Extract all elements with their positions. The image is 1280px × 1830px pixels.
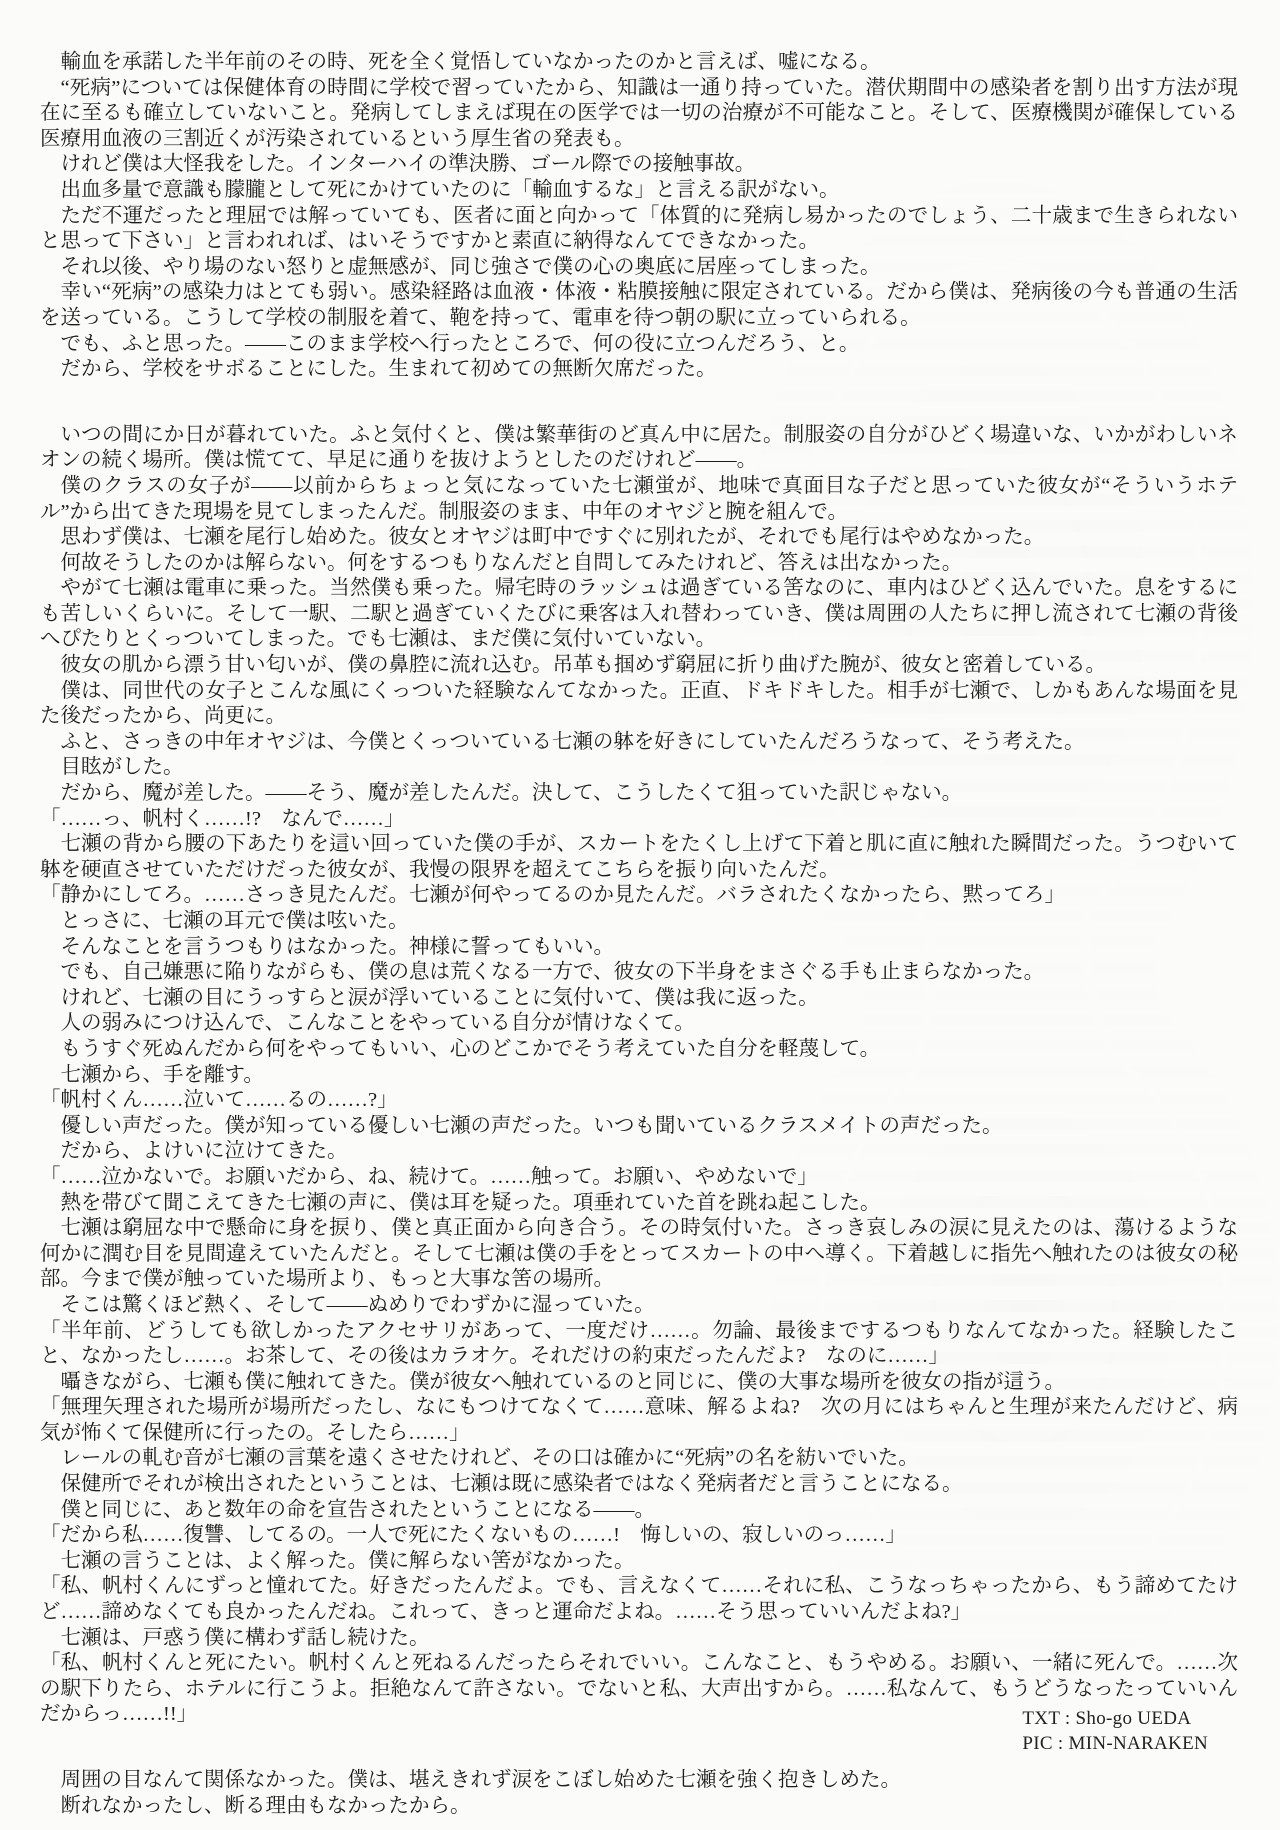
dialogue-paragraph: 「だから私……復讐、してるの。一人で死にたくないもの……! 悔しいの、寂しいのっ…: [40, 1523, 1238, 1549]
narrative-paragraph: 熱を帯びて聞こえてきた七瀬の声に、僕は耳を疑った。項垂れていた首を跳ね起こした。: [40, 1191, 1238, 1217]
narrative-paragraph: 僕と同じに、あと数年の命を宣告されたということになる——。: [40, 1498, 1238, 1524]
narrative-paragraph: そこは驚くほど熱く、そして——ぬめりでわずかに湿っていた。: [40, 1293, 1238, 1319]
narrative-paragraph: けれど僕は大怪我をした。インターハイの準決勝、ゴール際での接触事故。: [40, 152, 1238, 178]
narrative-paragraph: 僕のクラスの女子が——以前からちょっと気になっていた七瀬蛍が、地味で真面目な子だ…: [40, 474, 1238, 525]
narrative-paragraph: 幸い“死病”の感染力はとても弱い。感染経路は血液・体液・粘膜接触に限定されている…: [40, 280, 1238, 331]
narrative-paragraph: それ以後、やり場のない怒りと虚無感が、同じ強さで僕の心の奥底に居座ってしまった。: [40, 255, 1238, 281]
narrative-paragraph: 彼女の肌から漂う甘い匂いが、僕の鼻腔に流れ込む。吊革も掴めず窮屈に折り曲げた腕が…: [40, 653, 1238, 679]
story-text: 輸血を承諾した半年前のその時、死を全く覚悟していなかったのかと言えば、嘘になる。…: [0, 0, 1280, 1819]
dialogue-paragraph: 「……泣かないで。お願いだから、ね、続けて。……触って。お願い、やめないで」: [40, 1165, 1238, 1191]
narrative-paragraph: でも、自己嫌悪に陥りながらも、僕の息は荒くなる一方で、彼女の下半身をまさぐる手も…: [40, 960, 1238, 986]
narrative-paragraph: 七瀬から、手を離す。: [40, 1063, 1238, 1089]
narrative-paragraph: 七瀬の言うことは、よく解った。僕に解らない筈がなかった。: [40, 1549, 1238, 1575]
narrative-paragraph: 囁きながら、七瀬も僕に触れてきた。僕が彼女へ触れているのと同じに、僕の大事な場所…: [40, 1370, 1238, 1396]
narrative-paragraph: 人の弱みにつけ込んで、こんなことをやっている自分が情けなくて。: [40, 1011, 1238, 1037]
narrative-paragraph: だから、魔が差した。——そう、魔が差したんだ。決して、こうしたくて狙っていた訳じ…: [40, 781, 1238, 807]
narrative-paragraph: 出血多量で意識も朦朧として死にかけていたのに「輸血するな」と言える訳がない。: [40, 178, 1238, 204]
narrative-paragraph: だから、学校をサボることにした。生まれて初めての無断欠席だった。: [40, 357, 1238, 383]
credit-pic: PIC : MIN-NARAKEN: [1022, 1731, 1208, 1756]
narrative-paragraph: 七瀬は、戸惑う僕に構わず話し続けた。: [40, 1626, 1238, 1652]
dialogue-paragraph: 「無理矢理された場所が場所だったし、なにもつけてなくて……意味、解るよね? 次の…: [40, 1395, 1238, 1446]
narrative-paragraph: 周囲の目なんて関係なかった。僕は、堪えきれず涙をこぼし始めた七瀬を強く抱きしめた…: [40, 1768, 1238, 1794]
narrative-paragraph: ふと、さっきの中年オヤジは、今僕とくっついている七瀬の躰を好きにしていたんだろう…: [40, 730, 1238, 756]
narrative-paragraph: 輸血を承諾した半年前のその時、死を全く覚悟していなかったのかと言えば、嘘になる。: [40, 50, 1238, 76]
narrative-paragraph: 断れなかったし、断る理由もなかったから。: [40, 1794, 1238, 1820]
narrative-paragraph: もうすぐ死ぬんだから何をやってもいい、心のどこかでそう考えていた自分を軽蔑して。: [40, 1037, 1238, 1063]
narrative-paragraph: 思わず僕は、七瀬を尾行し始めた。彼女とオヤジは町中ですぐに別れたが、それでも尾行…: [40, 525, 1238, 551]
narrative-paragraph: 保健所でそれが検出されたということは、七瀬は既に感染者ではなく発病者だと言うこと…: [40, 1472, 1238, 1498]
narrative-paragraph: 七瀬の背から腰の下あたりを這い回っていた僕の手が、スカートをたくし上げて下着と肌…: [40, 832, 1238, 883]
narrative-paragraph: だから、よけいに泣けてきた。: [40, 1139, 1238, 1165]
narrative-paragraph: とっさに、七瀬の耳元で僕は呟いた。: [40, 909, 1238, 935]
narrative-paragraph: 何故そうしたのかは解らない。何をするつもりなんだと自問してみたけれど、答えは出な…: [40, 551, 1238, 577]
dialogue-paragraph: 「……っ、帆村く……!? なんで……」: [40, 807, 1238, 833]
credits: TXT : Sho-go UEDA PIC : MIN-NARAKEN: [1022, 1706, 1208, 1756]
narrative-paragraph: 優しい声だった。僕が知っている優しい七瀬の声だった。いつも聞いているクラスメイト…: [40, 1114, 1238, 1140]
dialogue-paragraph: 「私、帆村くんにずっと憧れてた。好きだったんだよ。でも、言えなくて……それに私、…: [40, 1574, 1238, 1625]
narrative-paragraph: でも、ふと思った。——このまま学校へ行ったところで、何の役に立つんだろう、と。: [40, 332, 1238, 358]
credit-txt: TXT : Sho-go UEDA: [1022, 1706, 1208, 1731]
narrative-paragraph: いつの間にか日が暮れていた。ふと気付くと、僕は繁華街のど真ん中に居た。制服姿の自…: [40, 423, 1238, 474]
narrative-paragraph: レールの軋む音が七瀬の言葉を遠くさせたけれど、その口は確かに“死病”の名を紡いで…: [40, 1446, 1238, 1472]
dialogue-paragraph: 「半年前、どうしても欲しかったアクセサリがあって、一度だけ……。勿論、最後まです…: [40, 1319, 1238, 1370]
narrative-paragraph: 僕は、同世代の女子とこんな風にくっついた経験なんてなかった。正直、ドキドキした。…: [40, 679, 1238, 730]
dialogue-paragraph: 「静かにしてろ。……さっき見たんだ。七瀬が何やってるのか見たんだ。バラされたくな…: [40, 883, 1238, 909]
scanned-novel-page: 輸血を承諾した半年前のその時、死を全く覚悟していなかったのかと言えば、嘘になる。…: [0, 0, 1280, 1830]
narrative-paragraph: 目眩がした。: [40, 755, 1238, 781]
narrative-paragraph: “死病”については保健体育の時間に学校で習っていたから、知識は一通り持っていた。…: [40, 76, 1238, 153]
narrative-paragraph: けれど、七瀬の目にうっすらと涙が浮いていることに気付いて、僕は我に返った。: [40, 986, 1238, 1012]
narrative-paragraph: やがて七瀬は電車に乗った。当然僕も乗った。帰宅時のラッシュは過ぎている筈なのに、…: [40, 576, 1238, 653]
narrative-paragraph: そんなことを言うつもりはなかった。神様に誓ってもいい。: [40, 935, 1238, 961]
narrative-paragraph: 七瀬は窮屈な中で懸命に身を捩り、僕と真正面から向き合う。その時気付いた。さっき哀…: [40, 1216, 1238, 1293]
narrative-paragraph: ただ不運だったと理屈では解っていても、医者に面と向かって「体質的に発病し易かった…: [40, 204, 1238, 255]
dialogue-paragraph: 「帆村くん……泣いて……るの……?」: [40, 1088, 1238, 1114]
